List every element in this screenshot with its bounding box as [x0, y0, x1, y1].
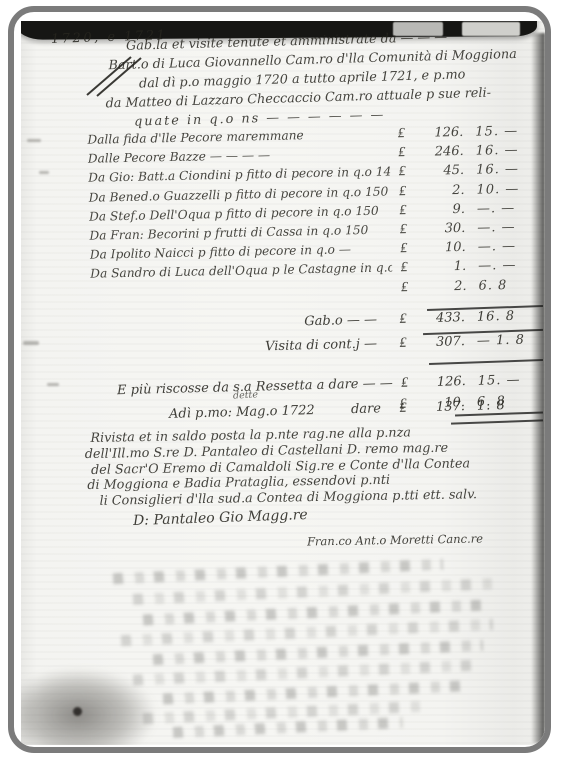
signature-maggiore: D: Pantaleo Gio Magg.re: [133, 507, 308, 529]
lire-value: 45.: [414, 163, 468, 179]
lira-sign: ₤: [391, 221, 415, 238]
lira-sign: ₤: [390, 182, 414, 199]
lira-sign: ₤: [393, 374, 417, 392]
dare-label: dare: [351, 401, 391, 417]
lire-value: 9.: [415, 202, 469, 218]
lire-value: 126.: [416, 374, 470, 390]
soldi-denari-value: 15. —: [470, 372, 544, 389]
lire-value: 307.: [415, 334, 469, 350]
soldi-denari-value: 16. 8: [469, 308, 543, 325]
lire-value: 246.: [414, 144, 468, 160]
soldi-denari-value: 15. —: [467, 123, 541, 140]
total-label: Gab.o — —: [89, 312, 391, 335]
lira-sign: ₤: [389, 125, 413, 142]
soldi-denari-value: —. —: [470, 258, 544, 275]
soldi-denari-value: 1. 8: [469, 397, 543, 414]
lira-sign: ₤: [392, 278, 416, 295]
scanned-manuscript-view: 1720, e 1721 Gab.la et visite tenute et …: [0, 0, 563, 760]
lire-value: 126.: [413, 125, 467, 141]
lira-sign: ₤: [391, 399, 415, 417]
soldi-denari-value: — 1. 8: [469, 332, 543, 349]
soldi-denari-value: —. —: [469, 200, 543, 217]
bleedthrough-texture: [113, 559, 443, 584]
signature-cancelliere: Fran.co Ant.o Moretti Canc.re: [307, 531, 483, 548]
lire-value: 10.: [416, 240, 470, 256]
total-label: Visita di cont.j —: [89, 336, 391, 359]
soldi-denari-value: —. —: [469, 219, 543, 236]
lire-value: 30.: [415, 221, 469, 237]
margin-speck: [47, 383, 59, 386]
lire-value: 433.: [415, 310, 469, 326]
ink-stain: [21, 669, 155, 745]
manuscript-page: 1720, e 1721 Gab.la et visite tenute et …: [21, 21, 545, 745]
soldi-denari-value: 16. —: [468, 162, 542, 179]
margin-speck: [39, 171, 49, 174]
soldi-denari-value: —. —: [470, 238, 544, 255]
lire-value: 2.: [416, 278, 470, 294]
closing-statement: Rivista et in saldo posta la p.nte rag.n…: [90, 423, 543, 510]
lire-value: 137.: [415, 399, 469, 415]
soldi-denari-value: 10. —: [468, 181, 542, 198]
ledger-item: [91, 291, 393, 297]
lira-sign: ₤: [391, 202, 415, 219]
sum-rule: [429, 359, 543, 365]
viewer-frame: 1720, e 1721 Gab.la et visite tenute et …: [8, 6, 551, 753]
lira-sign: ₤: [392, 240, 416, 257]
soldi-denari-value: 16. —: [468, 142, 542, 159]
ledger-entries: Dalla fida d'lle Pecore maremmane ₤ 126.…: [87, 122, 545, 304]
lira-sign: ₤: [392, 259, 416, 276]
ink-stain: [73, 707, 82, 716]
lire-value: 1.: [416, 259, 470, 275]
lira-sign: ₤: [390, 163, 414, 180]
total-row-visita: Visita di cont.j — ₤ 307. — 1. 8: [89, 331, 543, 360]
lira-sign: ₤: [391, 334, 415, 352]
soldi-denari-value: 6. 8: [470, 277, 544, 294]
lira-sign: ₤: [390, 144, 414, 161]
margin-speck: [23, 341, 39, 345]
account-header: Gab.la et visite tenute et amministrate …: [126, 25, 542, 132]
lira-sign: ₤: [391, 310, 415, 328]
lire-value: 2.: [414, 182, 468, 198]
margin-speck: [27, 139, 41, 142]
